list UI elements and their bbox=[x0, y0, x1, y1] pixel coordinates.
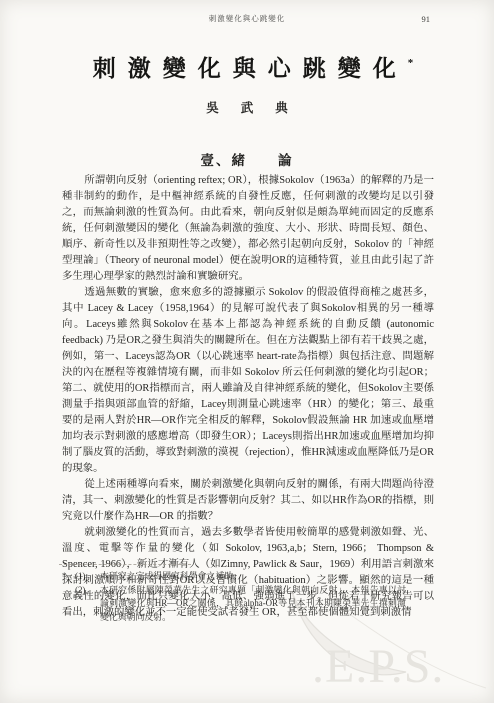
section-heading: 壹、緒 論 bbox=[0, 149, 494, 169]
paper-page: 刺激變化與心跳變化 91 刺激變化與心跳變化* 吳武典 壹、緒 論 所謂朝向反射… bbox=[0, 0, 494, 703]
footnote-asterisk: * bbox=[62, 570, 75, 584]
footnote-1-text: 本研究之完成得國家科學會之補助。 bbox=[100, 570, 406, 584]
footnote-2: (2) 本研究係附屬陳榮華先生之研究專題「刺激變化與朝向反射」，本報告專以討論刺… bbox=[62, 584, 424, 625]
paper-title-text: 刺激變化與心跳變化 bbox=[93, 56, 408, 81]
paragraph-2: 透過無數的實驗，愈來愈多的證據顯示 Sokolov 的假設值得商榷之處甚多，其中… bbox=[62, 285, 434, 477]
paragraph-3: 從上述兩種導向看來，關於刺激變化與朝向反射的關係，有兩大問題尚待澄清，其一、刺激… bbox=[62, 477, 434, 525]
footnotes: * (1) 本研究之完成得國家科學會之補助。 (2) 本研究係附屬陳榮華先生之研… bbox=[62, 570, 424, 624]
running-header: 刺激變化與心跳變化 bbox=[0, 13, 494, 24]
body-text: 所謂朝向反射（orienting reftex; OR），根據Sokolov（1… bbox=[62, 173, 434, 621]
footnote-1-number: (1) bbox=[75, 570, 100, 584]
watermark-text: .E.P.S. bbox=[312, 640, 444, 693]
title-asterisk: * bbox=[408, 57, 414, 69]
page-number: 91 bbox=[422, 14, 431, 24]
author-name: 吳武典 bbox=[0, 98, 494, 116]
footnote-separator bbox=[59, 564, 191, 565]
footnote-2-text: 本研究係附屬陳榮華先生之研究專題「刺激變化與朝向反射」，本報告專以討論刺激變化與… bbox=[100, 584, 406, 625]
paper-title: 刺激變化與心跳變化* bbox=[0, 50, 494, 83]
paragraph-1: 所謂朝向反射（orienting reftex; OR），根據Sokolov（1… bbox=[62, 173, 434, 285]
footnote-1: * (1) 本研究之完成得國家科學會之補助。 bbox=[62, 570, 424, 584]
footnote-2-number: (2) bbox=[75, 584, 100, 625]
footnote-spacer bbox=[62, 584, 75, 625]
